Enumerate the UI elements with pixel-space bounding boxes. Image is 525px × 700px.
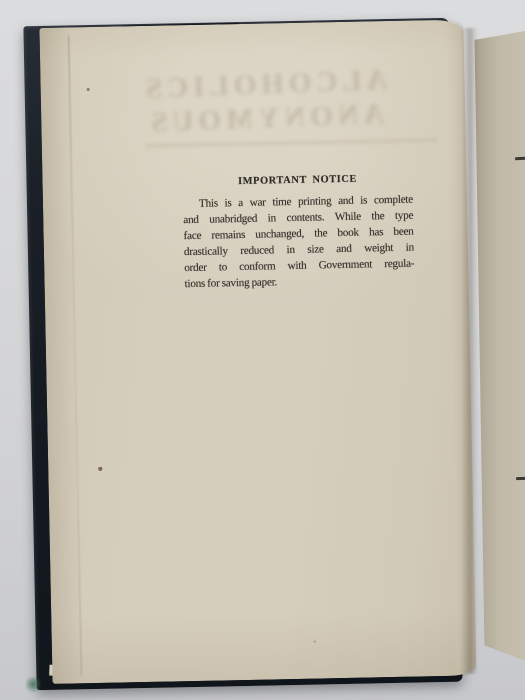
facing-page-edge	[473, 31, 525, 667]
page-speck	[314, 641, 316, 643]
notice-page: ALCOHOLICS ANONYMOUS IMPORTANT NOTICE Th…	[39, 20, 476, 684]
photo-background: ALCOHOLICS ANONYMOUS IMPORTANT NOTICE Th…	[0, 0, 525, 700]
page-speck	[98, 467, 102, 471]
notice-paragraph: This is a war time printing and is compl…	[183, 193, 415, 293]
notice-heading: IMPORTANT NOTICE	[182, 173, 412, 189]
cover-corner-fray	[26, 677, 42, 693]
showthrough-text: ALCOHOLICS ANONYMOUS	[84, 61, 446, 142]
page-speck	[87, 88, 90, 91]
showthrough-rule	[146, 138, 438, 148]
page-gap-shadow	[461, 28, 478, 674]
printed-dash-bottom	[516, 477, 525, 480]
notice-block: IMPORTANT NOTICE This is a war time prin…	[182, 173, 414, 293]
book: ALCOHOLICS ANONYMOUS IMPORTANT NOTICE Th…	[21, 18, 464, 690]
printed-dash-top	[515, 157, 525, 160]
